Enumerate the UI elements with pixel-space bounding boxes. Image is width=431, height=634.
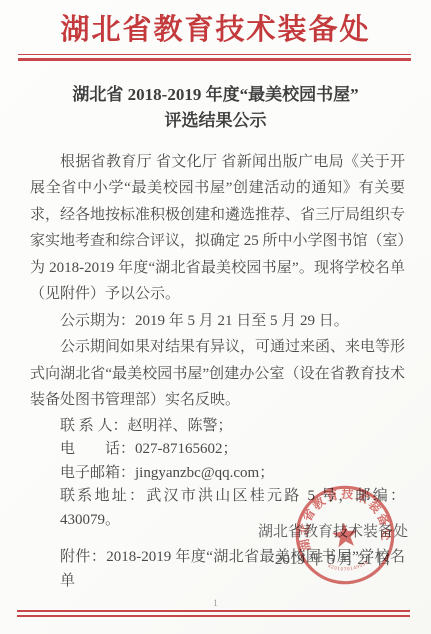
contact-person-value: 赵明祥、陈警； xyxy=(128,418,233,434)
svg-text:4201070149008: 4201070149008 xyxy=(326,559,370,575)
footer-rule xyxy=(17,610,410,617)
contact-email-label: 电子邮箱： xyxy=(60,465,135,481)
document-title-line2: 评选结果公示 xyxy=(0,108,431,134)
body-paragraph-1: 根据省教育厅 省文化厅 省新闻出版广电局《关于开展全省中小学“最美校园书屋”创建… xyxy=(30,149,405,308)
contact-email-value: jingyanzbc@qq.com； xyxy=(135,465,274,481)
contact-phone-row: 电 话：027-87165602； xyxy=(30,438,405,462)
page-number: 1 xyxy=(0,597,431,609)
letterhead-title: 湖北省教育技术装备处 xyxy=(0,0,431,47)
seal-star-icon xyxy=(331,521,359,547)
official-seal: 湖北省教育技术装备处 4201070149008 xyxy=(287,477,403,593)
contact-phone-label: 电 话： xyxy=(60,441,135,457)
body-paragraph-3: 公示期间如果对结果有异议，可通过来函、来电等形式向湖北省“最美校园书屋”创建办公… xyxy=(30,334,405,414)
contact-phone-value: 027-87165602； xyxy=(135,441,238,457)
seal-serial-number: 4201070149008 xyxy=(326,559,370,575)
body-paragraph-2: 公示期为：2019 年 5 月 21 日至 5 月 29 日。 xyxy=(30,308,405,335)
contact-person-label: 联 系 人： xyxy=(60,418,128,434)
document-title: 湖北省 2018-2019 年度“最美校园书屋” 评选结果公示 xyxy=(0,82,431,134)
contact-address-label: 联系地址： xyxy=(60,488,146,504)
document-title-line1: 湖北省 2018-2019 年度“最美校园书屋” xyxy=(0,82,431,108)
contact-person-row: 联 系 人：赵明祥、陈警； xyxy=(30,415,405,439)
official-document-page: 湖北省教育技术装备处 湖北省 2018-2019 年度“最美校园书屋” 评选结果… xyxy=(0,0,431,634)
letterhead-rule xyxy=(18,54,411,61)
